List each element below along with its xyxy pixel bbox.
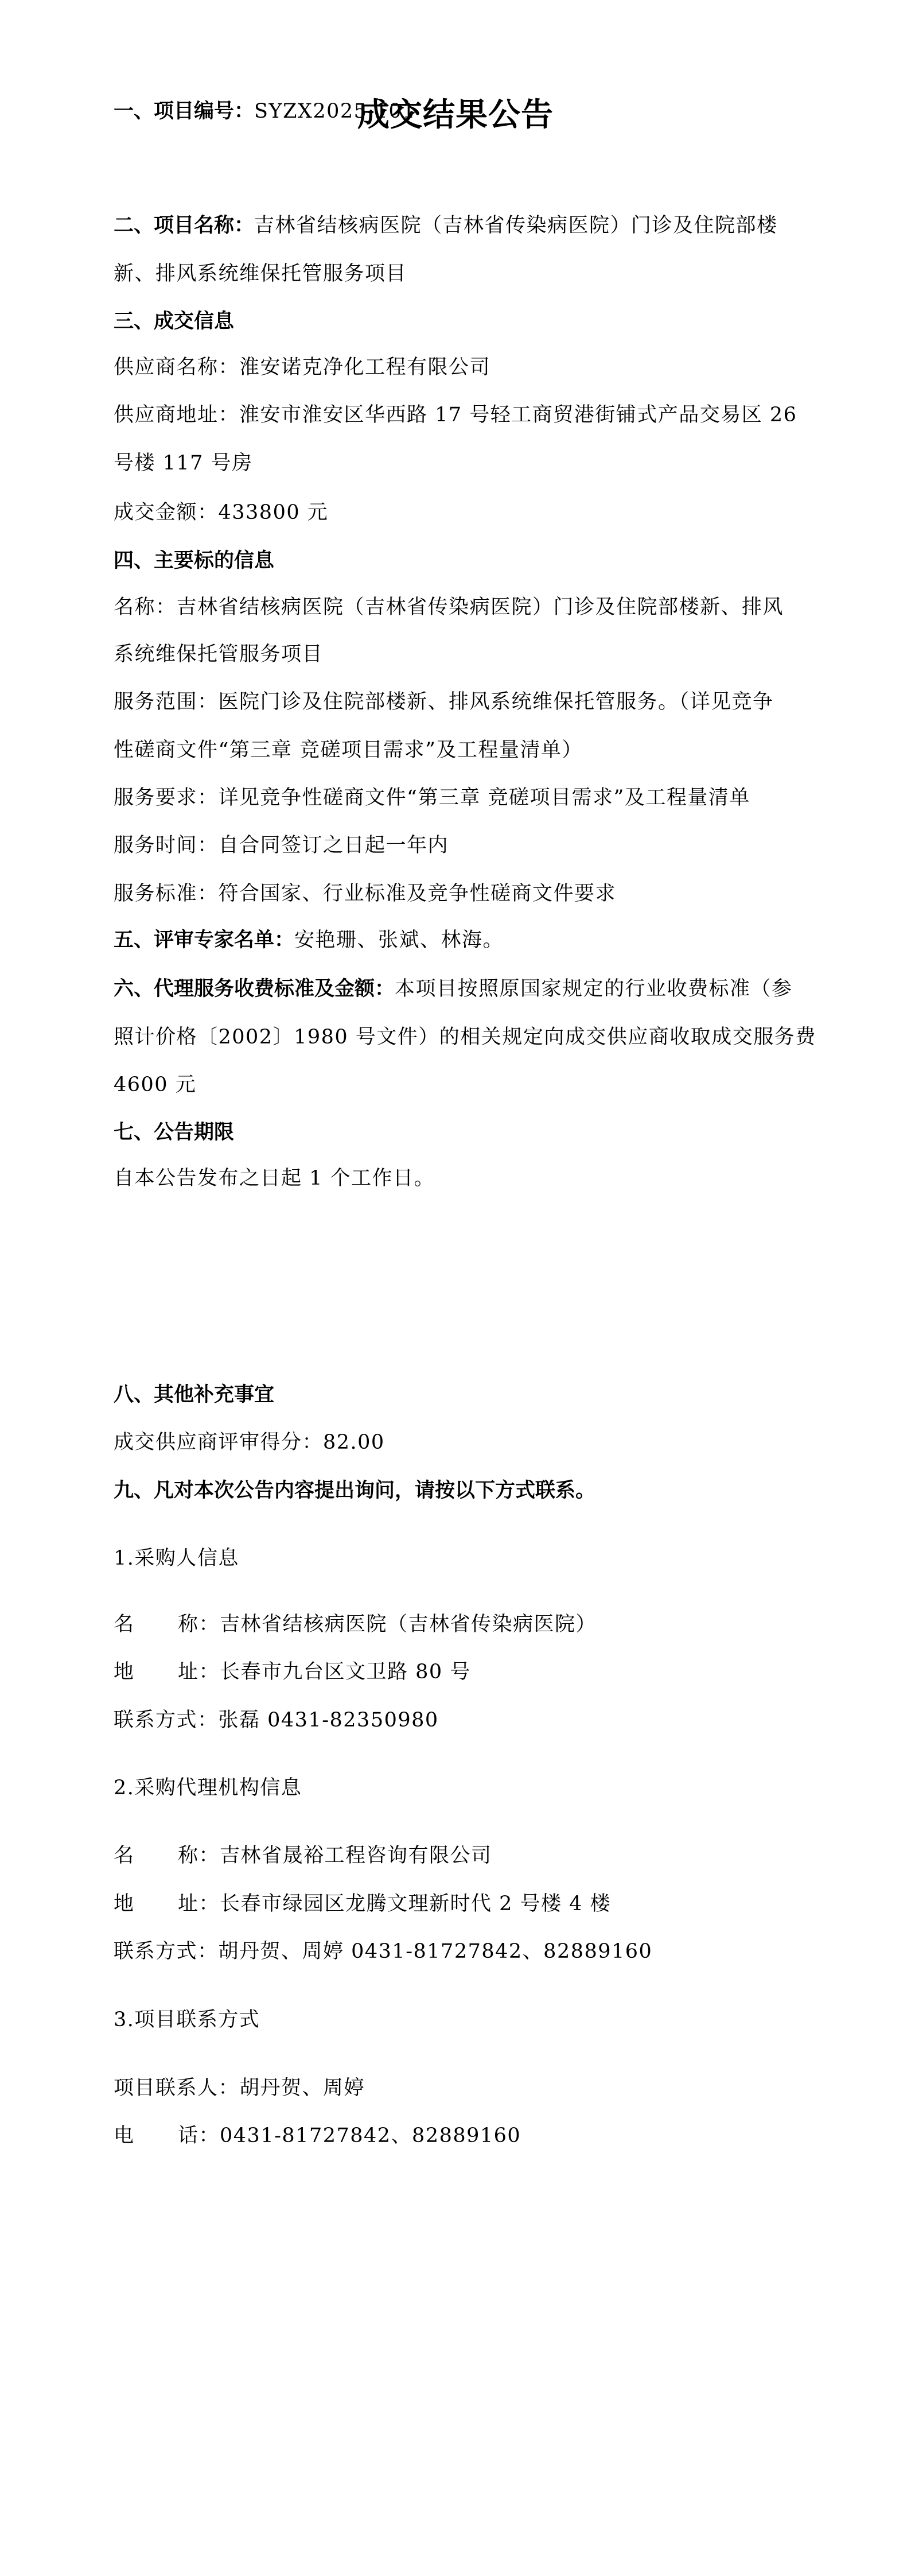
purchaser-address-label-b: 址： (178, 1661, 220, 1683)
supplier-name: 供应商名称：淮安诺克净化工程有限公司 (114, 355, 802, 380)
phone-label-a: 电 (114, 2123, 178, 2148)
purchaser-info-title: 1.采购人信息 (114, 1546, 802, 1571)
expert-list-row: 五、评审专家名单：安艳珊、张斌、林海。 (114, 928, 802, 953)
section-heading-5: 五、评审专家名单： (114, 929, 294, 952)
deal-amount: 成交金额：433800 元 (114, 500, 802, 525)
purchaser-name-value: 吉林省结核病医院（吉林省传染病医院） (220, 1613, 597, 1636)
agency-contact: 联系方式：胡丹贺、周婷 0431-81727842、82889160 (114, 1939, 802, 1964)
section-heading-2: 二、项目名称： (114, 214, 254, 237)
purchaser-address-row: 地址：长春市九台区文卫路 80 号 (114, 1659, 802, 1685)
service-scope-line1: 服务范围：医院门诊及住院部楼新、排风系统维保托管服务。（详见竞争 (114, 689, 802, 715)
subject-name-line2: 系统维保托管服务项目 (114, 642, 802, 667)
supplier-address-line2: 号楼 117 号房 (114, 451, 802, 476)
expert-list-value: 安艳珊、张斌、林海。 (294, 929, 504, 952)
section-heading-6: 六、代理服务收费标准及金额： (114, 977, 395, 1000)
agency-address-row: 地址：长春市绿园区龙腾文理新时代 2 号楼 4 楼 (114, 1891, 802, 1917)
phone-label-b: 话： (178, 2124, 220, 2147)
agency-fee-row: 六、代理服务收费标准及金额：本项目按照原国家规定的行业收费标准（参 (114, 976, 802, 1002)
section-heading-9: 九、凡对本次公告内容提出询问，请按以下方式联系。 (114, 1478, 802, 1503)
supplier-score: 成交供应商评审得分：82.00 (114, 1430, 802, 1455)
project-contact-person: 项目联系人：胡丹贺、周婷 (114, 2075, 802, 2101)
project-name-continuation: 新、排风系统维保托管服务项目 (114, 261, 802, 286)
agency-address-label-b: 址： (178, 1892, 220, 1915)
agency-address-label-a: 地 (114, 1891, 178, 1917)
announcement-page: 成交结果公告 一、项目编号：SYZX2025-101 二、项目名称：吉林省结核病… (0, 0, 911, 2576)
purchaser-address-label-a: 地 (114, 1659, 178, 1685)
agency-info-title: 2.采购代理机构信息 (114, 1775, 802, 1801)
purchaser-name-row: 名称：吉林省结核病医院（吉林省传染病医院） (114, 1612, 802, 1637)
agency-fee-line3: 4600 元 (114, 1072, 802, 1097)
purchaser-address-value: 长春市九台区文卫路 80 号 (220, 1661, 471, 1683)
purchaser-name-label-b: 称： (178, 1613, 220, 1636)
project-contact-title: 3.项目联系方式 (114, 2007, 802, 2032)
service-standard: 服务标准：符合国家、行业标准及竞争性磋商文件要求 (114, 881, 802, 906)
purchaser-name-label-a: 名 (114, 1612, 178, 1637)
agency-name-value: 吉林省晟裕工程咨询有限公司 (220, 1844, 492, 1867)
service-requirements: 服务要求：详见竞争性磋商文件“第三章 竞磋项目需求”及工程量清单 (114, 785, 802, 810)
supplier-address-line1: 供应商地址：淮安市淮安区华西路 17 号轻工商贸港街铺式产品交易区 26 (114, 402, 802, 428)
section-heading-7: 七、公告期限 (114, 1120, 802, 1145)
agency-address-value: 长春市绿园区龙腾文理新时代 2 号楼 4 楼 (220, 1892, 611, 1915)
announcement-period: 自本公告发布之日起 1 个工作日。 (114, 1166, 802, 1191)
agency-name-label-a: 名 (114, 1843, 178, 1868)
agency-fee-line2: 照计价格〔2002〕1980 号文件）的相关规定向成交供应商收取成交服务费 (114, 1025, 802, 1050)
section-heading-4: 四、主要标的信息 (114, 548, 802, 573)
service-scope-line2: 性磋商文件“第三章 竞磋项目需求”及工程量清单） (114, 738, 802, 763)
project-number-row: 一、项目编号：SYZX2025-101 (114, 99, 802, 124)
project-name-value-line1: 吉林省结核病医院（吉林省传染病医院）门诊及住院部楼 (254, 214, 778, 237)
project-contact-phone-row: 电话：0431-81727842、82889160 (114, 2123, 802, 2148)
purchaser-contact: 联系方式：张磊 0431-82350980 (114, 1708, 802, 1733)
agency-name-row: 名称：吉林省晟裕工程咨询有限公司 (114, 1843, 802, 1868)
section-heading-8: 八、其他补充事宜 (114, 1382, 802, 1407)
project-number-value: SYZX2025-101 (254, 100, 416, 123)
subject-name-line1: 名称：吉林省结核病医院（吉林省传染病医院）门诊及住院部楼新、排风 (114, 595, 802, 620)
agency-fee-value-line1: 本项目按照原国家规定的行业收费标准（参 (395, 977, 793, 1000)
section-heading-3: 三、成交信息 (114, 309, 802, 334)
phone-value: 0431-81727842、82889160 (220, 2124, 521, 2147)
section-heading-1: 一、项目编号： (114, 100, 254, 123)
project-name-row: 二、项目名称：吉林省结核病医院（吉林省传染病医院）门诊及住院部楼 (114, 213, 802, 238)
service-time: 服务时间：自合同签订之日起一年内 (114, 833, 802, 858)
agency-name-label-b: 称： (178, 1844, 220, 1867)
